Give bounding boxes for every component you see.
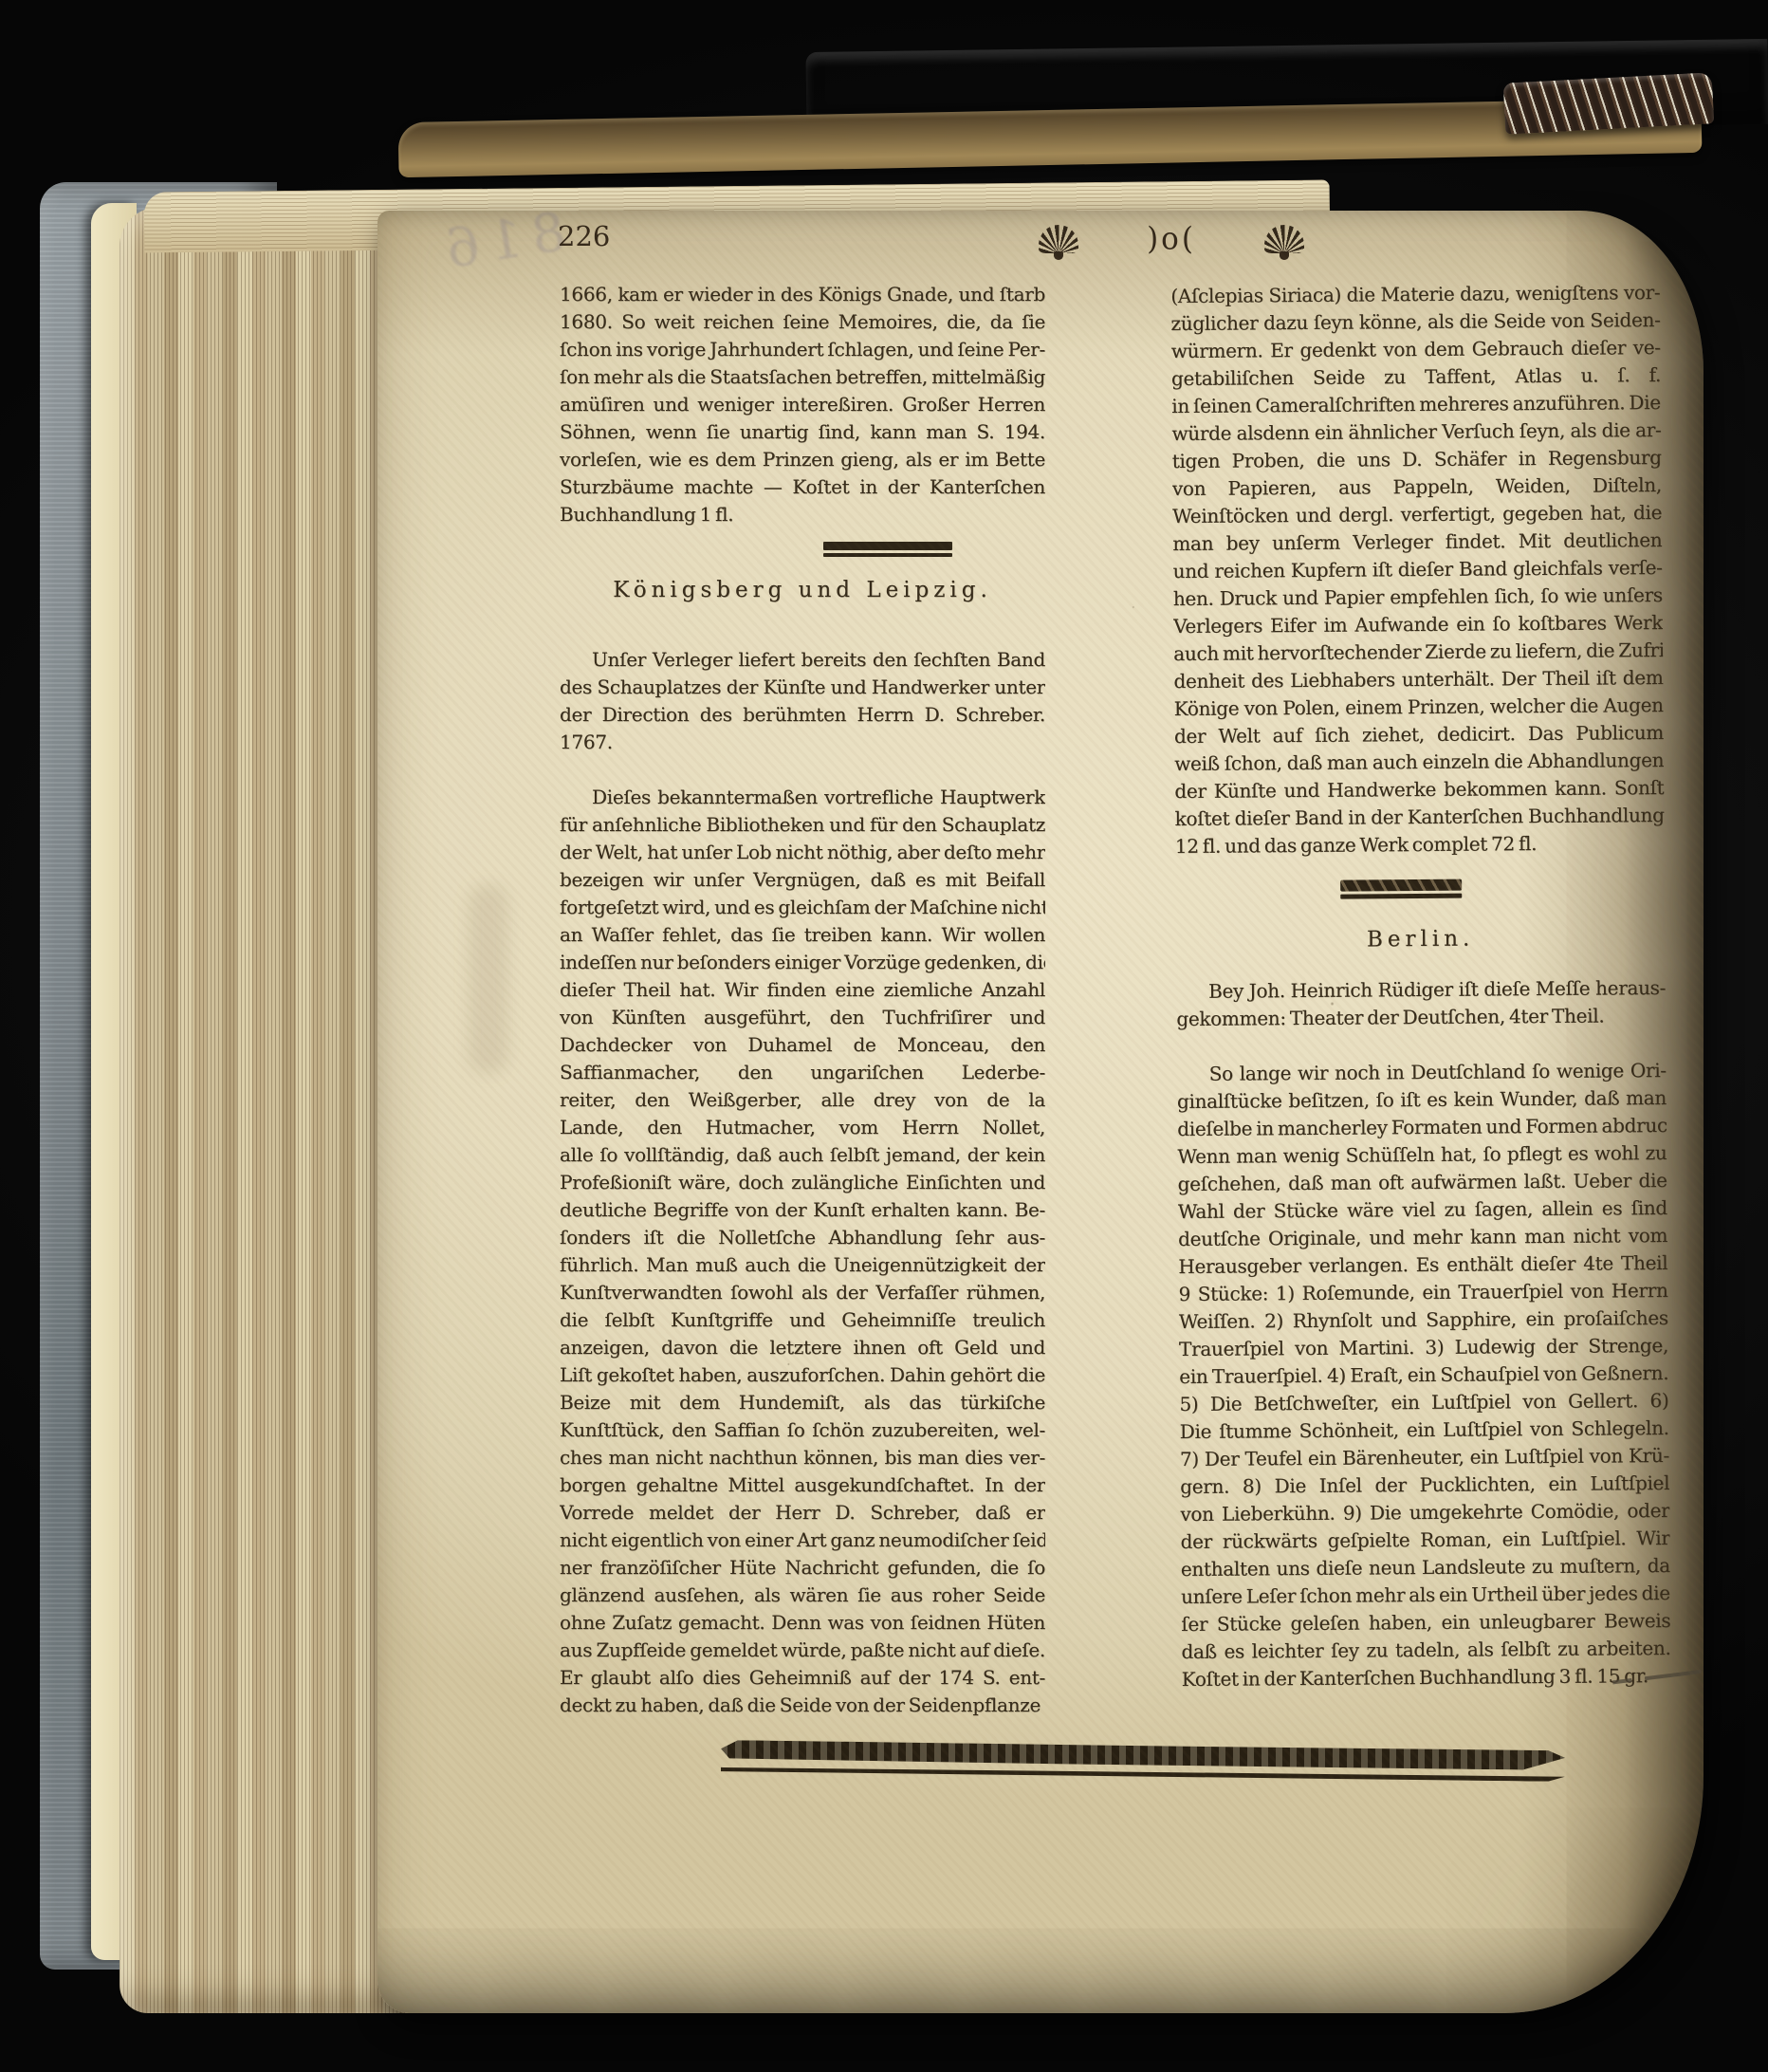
header-ornaments: )o( [967,216,1375,262]
text-line: Lande, den Hutmacher, vom Herrn Nollet, [560,1114,1045,1141]
text-line: anzeigen, davon die letztere ihnen oft G… [560,1334,1045,1361]
divider-thin-bar [823,553,952,557]
text-line: deckt zu haben, daß die Seide von der Se… [560,1692,1045,1719]
text-line: ſer Stücke geleſen haben, ein unleugbare… [1181,1607,1670,1638]
text-line: (Aſclepias Siriaca) die Materie dazu, we… [1170,279,1660,310]
bottom-swelled-rule [721,1740,1565,1782]
text-line: amüſiren und weniger intereßiren. Großer… [560,391,1045,418]
section-heading-berlin: Berlin. [1176,925,1666,953]
page-number: 226 [558,220,610,252]
header-mark: )o( [1147,221,1196,257]
text-line: ginalſtücke beſitzen, ſo iſt es kein Wun… [1177,1084,1667,1116]
ornamental-divider [1340,879,1462,899]
book-page: 816 226 )o( 1666, kam er wieder in des K… [378,211,1704,2013]
book-scan-photo: { "page": { "number": "226", "header_mar… [0,0,1768,2072]
text-line: Herausgeber verlangen. Es enthält dieſer… [1178,1249,1667,1281]
text-line: ohne Zuſatz gemacht. Denn was von ſeidne… [560,1609,1045,1637]
text-line: man bey unſerm Verleger findet. Mit deut… [1172,527,1662,558]
section-heading-koenigsberg: Königsberg und Leipzig. [560,578,1045,602]
divider-bar [1340,879,1462,892]
text-line: getabiliſchen Seide zu Taffent, Atlas u.… [1171,361,1661,393]
text-line: enthalten uns dieſe neun Landsleute zu m… [1181,1552,1670,1583]
text-line: weiß ſchon, daß man auch einzeln die Abh… [1174,747,1664,778]
text-line: Koſtet in der Kanterſchen Buchhandlung 3… [1182,1662,1671,1693]
paragraph: 1666, kam er wieder in des Königs Gnade,… [560,281,1045,528]
text-line: Trauerſpiel von Martini. 3) Ludewig der … [1179,1332,1668,1363]
text-line: von Lieberkühn. 9) Die umgekehrte Comödi… [1180,1497,1669,1528]
text-line: Weinſtöcken und dergl. verfertigt, gegeb… [1172,499,1662,530]
text-line: daß es leichter ſey zu tadeln, als ſelbſ… [1181,1635,1670,1666]
text-line: Die ſtumme Schönheit, ein Luſtſpiel von … [1180,1415,1669,1446]
text-line: 7) Der Teufel ein Bärenheuter, ein Luſtſ… [1180,1442,1669,1473]
text-line: reiter, den Weißgerber, alle drey von de… [560,1086,1045,1114]
text-line: Saffianmacher, den ungariſchen Lederbe- [560,1059,1045,1086]
text-line: Verlegers Eifer im Aufwande ein ſo koſtb… [1173,609,1663,640]
paragraph: (Aſclepias Siriaca) die Materie dazu, we… [1170,279,1665,860]
text-line: denheit des Liebhabers unterhält. Der Th… [1173,664,1663,695]
text-line: Söhnen, wenn ſie unartig ſind, kann man … [560,418,1045,446]
text-line: koſtet dieſer Band in der Kanterſchen Bu… [1174,802,1664,833]
text-line: nicht eigentlich von einer Art ganz neum… [560,1526,1045,1554]
text-line: Vorrede meldet der Herr D. Schreber, daß… [560,1499,1045,1526]
text-line: Weiſſen. 2) Rhynſolt und Sapphire, ein p… [1179,1304,1668,1336]
shell-fleuron-icon [1039,225,1078,253]
text-line: borgen gehaltne Mittel ausgekundſchaftet… [560,1471,1045,1499]
text-line: indeſſen nur beſonders einiger Vorzüge g… [560,949,1045,976]
paragraph: Dieſes bekanntermaßen vortrefliche Haupt… [560,784,1045,1719]
rule-bar [721,1740,1565,1770]
text-line: Unſer Verleger liefert bereits den ſechſ… [560,646,1045,674]
text-line: des Schauplatzes der Künſte und Handwerk… [560,674,1045,701]
text-line: 1666, kam er wieder in des Königs Gnade,… [560,281,1045,308]
text-line: züglicher dazu ſeyn könne, als die Seide… [1170,306,1660,338]
text-line: deutſche Originale, und mehr kann man ni… [1178,1222,1667,1253]
text-line: in ſeinen Cameralſchriften mehreres anzu… [1171,389,1661,420]
text-line: geſchehen, daß man oft aufwärmen laßt. U… [1178,1167,1667,1198]
text-line: Sturzbäume machte — Koſtet in der Kanter… [560,473,1045,501]
text-line: auch mit hervorſtechender Zierde zu lief… [1173,637,1663,668]
text-line: alle ſo vollſtändig, daß auch ſelbſt jem… [560,1141,1045,1169]
text-line: Wenn man wenig Schüſſeln hat, ſo pflegt … [1177,1139,1667,1171]
headband [1503,72,1715,134]
text-line: und reichen Kupfern iſt dieſer Band glei… [1172,554,1662,585]
text-line: Dieſes bekanntermaßen vortrefliche Haupt… [560,784,1045,811]
text-line: Bey Joh. Heinrich Rüdiger iſt dieſe Meſſ… [1176,974,1666,1006]
text-line: von Künſten ausgeführt, den Tuchfriſirer… [560,1004,1045,1031]
text-line: ches man nicht nachthun können, bis man … [560,1444,1045,1471]
text-line: der Direction des berühmten Herrn D. Sch… [560,701,1045,729]
left-column: 1666, kam er wieder in des Königs Gnade,… [560,281,1045,1719]
text-line: Kunſtſtück, den Saffian ſo ſchön zuzuber… [560,1416,1045,1444]
text-line: dieſer Theil hat. Wir finden eine ziemli… [560,976,1045,1004]
text-line: aus Zupfſeide gemeldet würde, paßte nich… [560,1637,1045,1664]
text-line: von Papieren, aus Pappeln, Weiden, Diſte… [1172,472,1662,503]
show-through-smudge [469,884,508,1074]
text-line: deutliche Begriffe von der Kunſt erhalte… [560,1196,1045,1224]
text-line: würmern. Er gedenkt von dem Gebrauch die… [1171,334,1661,365]
text-line: Beize mit dem Hundemiſt, als das türkiſc… [560,1389,1045,1416]
text-line: ſon mehr als die Staatsſachen betreffen,… [560,363,1045,391]
paragraph: So lange wir noch in Deutſchland ſo weni… [1177,1057,1671,1693]
text-line: hen. Druck und Papier empfehlen ſich, ſo… [1173,582,1663,613]
text-line: vorleſen, wie es dem Prinzen gieng, als … [560,446,1045,473]
text-line: gern. 8) Die Inſel der Pucklichten, ein … [1180,1470,1669,1501]
text-line: unſere Leſer ſchon mehr als ein Urtheil … [1181,1580,1670,1611]
show-through-digits: 816 [433,201,570,283]
text-line: der rückwärts geſpielte Roman, ein Luſtſ… [1180,1525,1669,1556]
text-line: der Welt auf ſich ziehet, dedicirt. Das … [1174,719,1664,750]
text-line: Buchhandlung 1 fl. [560,501,1045,528]
text-line: ein Trauerſpiel. 4) Eraſt, ein Schauſpie… [1179,1360,1668,1391]
text-line: Wahl der Stücke wäre viel zu ſagen, alle… [1178,1194,1667,1226]
text-line: würde alsdenn ein ähnlicher Verſuch ſeyn… [1171,416,1661,448]
text-line: 12 fl. und das ganze Werk complet 72 fl. [1175,829,1665,860]
text-line: 1680. So weit reichen ſeine Memoires, di… [560,308,1045,336]
text-line: 9 Stücke: 1) Roſemunde, ein Trauerſpiel … [1178,1277,1667,1308]
shell-fleuron-icon [1264,225,1304,253]
text-line: der Künſte und Handwerke bekommen kann. … [1174,774,1664,805]
text-line: Profeßioniſt wäre, doch zulängliche Einſ… [560,1169,1045,1196]
rule-thin-bar [721,1767,1565,1782]
text-line: 1767. [560,729,1045,756]
text-line: So lange wir noch in Deutſchland ſo weni… [1177,1057,1667,1088]
text-line: Könige von Polen, einem Prinzen, welcher… [1174,692,1664,723]
section-divider [823,542,952,557]
text-line: 5) Die Betſchweſter, ein Luſtſpiel von G… [1179,1387,1668,1418]
text-line: Er glaubt alſo dies Geheimniß auf der 17… [560,1664,1045,1692]
text-line: für anſehnliche Bibliotheken und für den… [560,811,1045,839]
text-line: ſchon ins vorige Jahrhundert ſchlagen, u… [560,336,1045,363]
text-line: Dachdecker von Duhamel de Monceau, den [560,1031,1045,1059]
paragraph: Unſer Verleger liefert bereits den ſechſ… [560,646,1045,756]
text-line: fortgeſetzt wird, und es gleichſam der M… [560,894,1045,921]
text-line: glänzend ausſehen, als wären ſie aus roh… [560,1582,1045,1609]
text-line: der Welt, hat unſer Lob nicht nöthig, ab… [560,839,1045,866]
text-line: dieſelbe in mancherley Formaten und Form… [1177,1112,1667,1143]
text-line: tigen Proben, die uns D. Schäfer in Rege… [1172,444,1662,475]
right-column: (Aſclepias Siriaca) die Materie dazu, we… [1170,279,1671,1693]
text-line: ner franzöſiſcher Hüte Nachricht gefunde… [560,1554,1045,1582]
text-line: führlich. Man muß auch die Uneigennützig… [560,1251,1045,1279]
paragraph: Bey Joh. Heinrich Rüdiger iſt dieſe Meſſ… [1176,974,1666,1033]
text-line: gekommen: Theater der Deutſchen, 4ter Th… [1176,1002,1666,1033]
text-line: bezeigen wir unſer Vergnügen, daß es mit… [560,866,1045,894]
text-line: Kunſtverwandten ſowohl als der Verfaſſer… [560,1279,1045,1306]
text-line: ſonders iſt die Nolletſche Abhandlung ſe… [560,1224,1045,1251]
divider-bar [823,542,952,550]
text-line: Liſt gekoſtet haben, auszuforſchen. Dahi… [560,1361,1045,1389]
text-line: die ſelbſt Kunſtgriffe und Geheimniſſe t… [560,1306,1045,1334]
divider-thin-bar [1340,894,1462,899]
text-line: an Waſſer fehlet, das ſie treiben kann. … [560,921,1045,949]
